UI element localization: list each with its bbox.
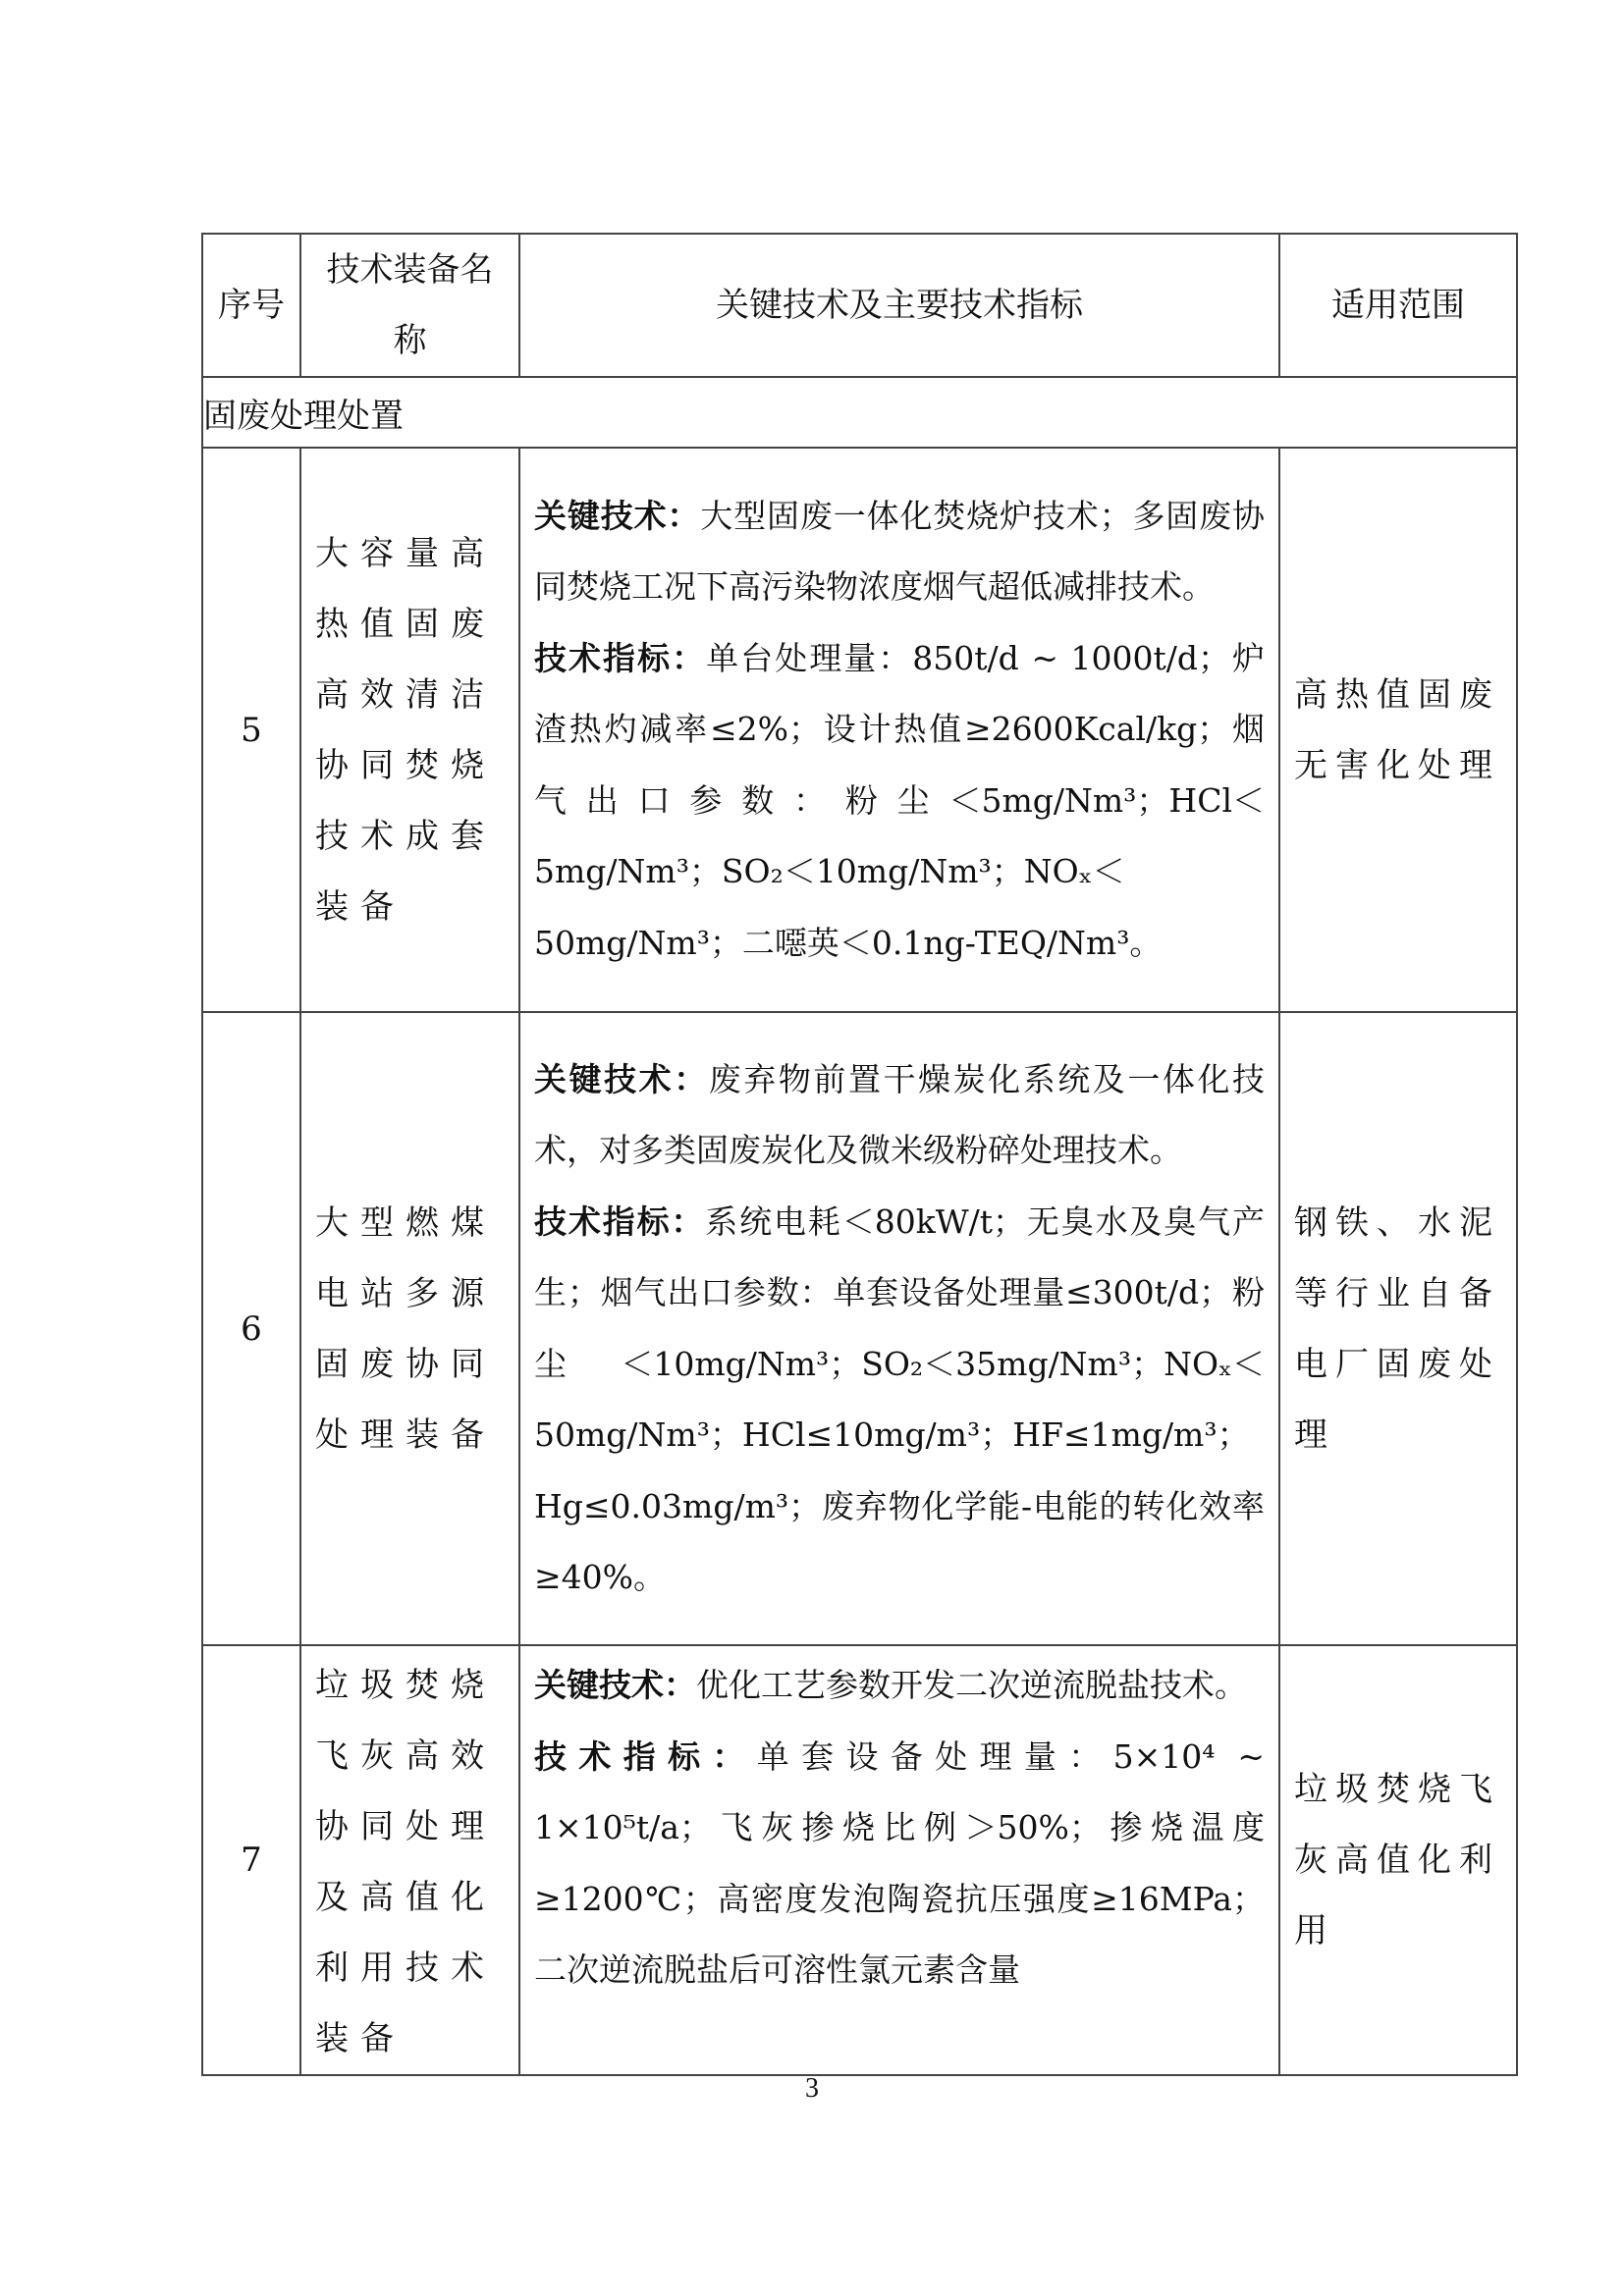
header-key-tech: 关键技术及主要技术指标 xyxy=(519,234,1279,377)
row-index: 5 xyxy=(202,448,300,1012)
table-row: 6 大型燃煤电站多源固废协同处理装备 关键技术：废弃物前置干燥炭化系统及一体化技… xyxy=(202,1012,1517,1645)
header-index: 序号 xyxy=(202,234,300,377)
section-row: 固废处理处置 xyxy=(202,377,1517,448)
indicator-paragraph: 技术指标：系统电耗＜80kW/t；无臭水及臭气产生；烟气出口参数：单套设备处理量… xyxy=(534,1187,1265,1614)
key-tech-cell: 关键技术：大型固废一体化焚烧炉技术；多固废协同焚烧工况下高污染物浓度烟气超低减排… xyxy=(519,448,1279,1012)
section-title: 固废处理处置 xyxy=(202,377,1517,448)
table-header-row: 序号 技术装备名称 关键技术及主要技术指标 适用范围 xyxy=(202,234,1517,377)
key-tech-cell: 关键技术：优化工艺参数开发二次逆流脱盐技术。 技术指标：单套设备处理量：5×10… xyxy=(519,1645,1279,2075)
indicator-text: 单台处理量：850t/d ~ 1000t/d；炉渣热灼减率≤2%；设计热值≥26… xyxy=(534,639,1265,962)
equipment-name: 大容量高热值固废高效清洁协同焚烧技术成套装备 xyxy=(300,448,519,1012)
header-scope: 适用范围 xyxy=(1279,234,1517,377)
indicator-label: 技术指标： xyxy=(534,1202,705,1241)
row-index: 7 xyxy=(202,1645,300,2075)
key-tech-paragraph: 关键技术：优化工艺参数开发二次逆流脱盐技术。 xyxy=(534,1650,1265,1722)
scope-cell: 垃圾焚烧飞灰高值化利用 xyxy=(1279,1645,1517,2075)
equipment-spec-table: 序号 技术装备名称 关键技术及主要技术指标 适用范围 固废处理处置 5 大容量高… xyxy=(201,233,1518,2076)
row-index: 6 xyxy=(202,1012,300,1645)
key-tech-paragraph: 关键技术：大型固废一体化焚烧炉技术；多固废协同焚烧工况下高污染物浓度烟气超低减排… xyxy=(534,481,1265,623)
key-tech-label: 关键技术： xyxy=(534,1666,696,1704)
indicator-label: 技术指标： xyxy=(534,639,706,677)
indicator-paragraph: 技术指标：单套设备处理量：5×10⁴ ~ 1×10⁵t/a；飞灰掺烧比例＞50%… xyxy=(534,1722,1265,2006)
equipment-name: 垃圾焚烧飞灰高效协同处理及高值化利用技术装备 xyxy=(300,1645,519,2075)
key-tech-cell: 关键技术：废弃物前置干燥炭化系统及一体化技术，对多类固废炭化及微米级粉碎处理技术… xyxy=(519,1012,1279,1645)
table-row: 7 垃圾焚烧飞灰高效协同处理及高值化利用技术装备 关键技术：优化工艺参数开发二次… xyxy=(202,1645,1517,2075)
page-number: 3 xyxy=(0,2073,1624,2105)
scope-cell: 高热值固废无害化处理 xyxy=(1279,448,1517,1012)
indicator-text: 系统电耗＜80kW/t；无臭水及臭气产生；烟气出口参数：单套设备处理量≤300t… xyxy=(534,1202,1265,1597)
key-tech-label: 关键技术： xyxy=(534,1060,709,1098)
header-name: 技术装备名称 xyxy=(300,234,519,377)
scope-cell: 钢铁、水泥等行业自备电厂固废处理 xyxy=(1279,1012,1517,1645)
table-row: 5 大容量高热值固废高效清洁协同焚烧技术成套装备 关键技术：大型固废一体化焚烧炉… xyxy=(202,448,1517,1012)
indicator-label: 技术指标： xyxy=(534,1737,757,1776)
equipment-name: 大型燃煤电站多源固废协同处理装备 xyxy=(300,1012,519,1645)
indicator-paragraph: 技术指标：单台处理量：850t/d ~ 1000t/d；炉渣热灼减率≤2%；设计… xyxy=(534,623,1265,980)
key-tech-label: 关键技术： xyxy=(534,497,700,535)
key-tech-paragraph: 关键技术：废弃物前置干燥炭化系统及一体化技术，对多类固废炭化及微米级粉碎处理技术… xyxy=(534,1044,1265,1187)
key-tech-text: 优化工艺参数开发二次逆流脱盐技术。 xyxy=(696,1666,1247,1704)
